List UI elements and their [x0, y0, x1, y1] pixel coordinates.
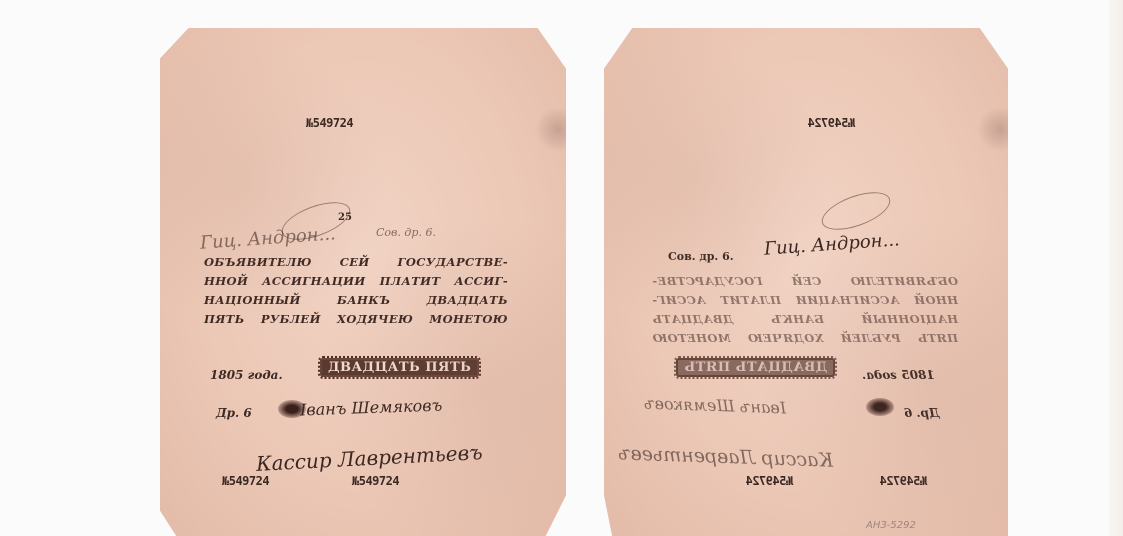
signature-middle: Iванъ Шемяковъ [300, 396, 443, 420]
signature-top: Гиц. Андрон... [763, 229, 900, 259]
serial-mirrored-text: №549724 [746, 474, 793, 488]
body-text-mirrored: Объявителю сей государстве- нной ассигна… [652, 272, 958, 348]
serial-number-bottom-right-mirrored: №549724 [880, 474, 927, 488]
serial-mirrored-text: №549724 [808, 116, 855, 130]
sov-label: Сов. др. 6. [376, 226, 436, 239]
dr-label: Др. 6 [216, 406, 252, 420]
signature-bottom-mirrored: Кассир Лаврентьевъ [618, 442, 834, 471]
body-line: нной ассигнации платит ассиг- [204, 272, 508, 291]
banknote-back: №549724 Сов. др. 6. Гиц. Андрон... Объяв… [604, 28, 1008, 536]
year-label-mirrored: 1805 года. [862, 368, 935, 382]
faded-signature-top: Гиц. Андрон... [199, 223, 336, 253]
ink-blot [866, 398, 894, 416]
body-line: нацiонный банкъ двадцать [204, 291, 508, 310]
dr-mirrored-text: Др. 6 [904, 406, 940, 420]
denomination-stamp-mirrored: ДВАДЦАТЬ ПЯТЬ [676, 358, 835, 377]
signature-bottom: Кассир Лаврентьевъ [256, 440, 484, 476]
right-edge-strip [1109, 0, 1123, 536]
body-line: пять рублей ходячею монетою [652, 329, 958, 348]
body-text: Объявителю сей государстве- нной ассигна… [204, 253, 508, 329]
serial-number-bottom-left: №549724 [222, 474, 269, 488]
signature-bottom-mirrored-text: Кассир Лаврентьевъ [618, 442, 834, 471]
serial-number-bottom-left-mirrored: №549724 [746, 474, 793, 488]
serial-number-top-mirrored: №549724 [808, 116, 855, 130]
body-line: Объявителю сей государстве- [652, 272, 958, 291]
body-line: нной ассигнации платит ассиг- [652, 291, 958, 310]
denomination-number: 25 [338, 212, 352, 223]
signature-mirrored-text: Iванъ Шемяковъ [644, 394, 787, 418]
body-line: пять рублей ходячею монетою [204, 310, 508, 329]
signature-middle-mirrored: Iванъ Шемяковъ [644, 394, 787, 418]
year-label: 1805 года. [210, 368, 283, 382]
sov-label: Сов. др. 6. [668, 250, 734, 263]
denomination-mirrored-text: ДВАДЦАТЬ ПЯТЬ [684, 360, 827, 375]
serial-number-top: №549724 [306, 116, 353, 130]
dr-label-mirrored: Др. 6 [904, 406, 940, 420]
body-line: Объявителю сей государстве- [204, 253, 508, 272]
serial-number-bottom-right: №549724 [352, 474, 399, 488]
year-mirrored-text: 1805 года. [862, 368, 935, 382]
serial-mirrored-text: №549724 [880, 474, 927, 488]
archive-catalog-mark: АНЗ-5292 [866, 520, 916, 531]
denomination-stamp: ДВАДЦАТЬ ПЯТЬ [320, 358, 479, 377]
body-line: нацiонный банкъ двадцать [652, 310, 958, 329]
banknote-front: №549724 Гиц. Андрон... 25 Сов. др. 6. Об… [160, 28, 566, 536]
